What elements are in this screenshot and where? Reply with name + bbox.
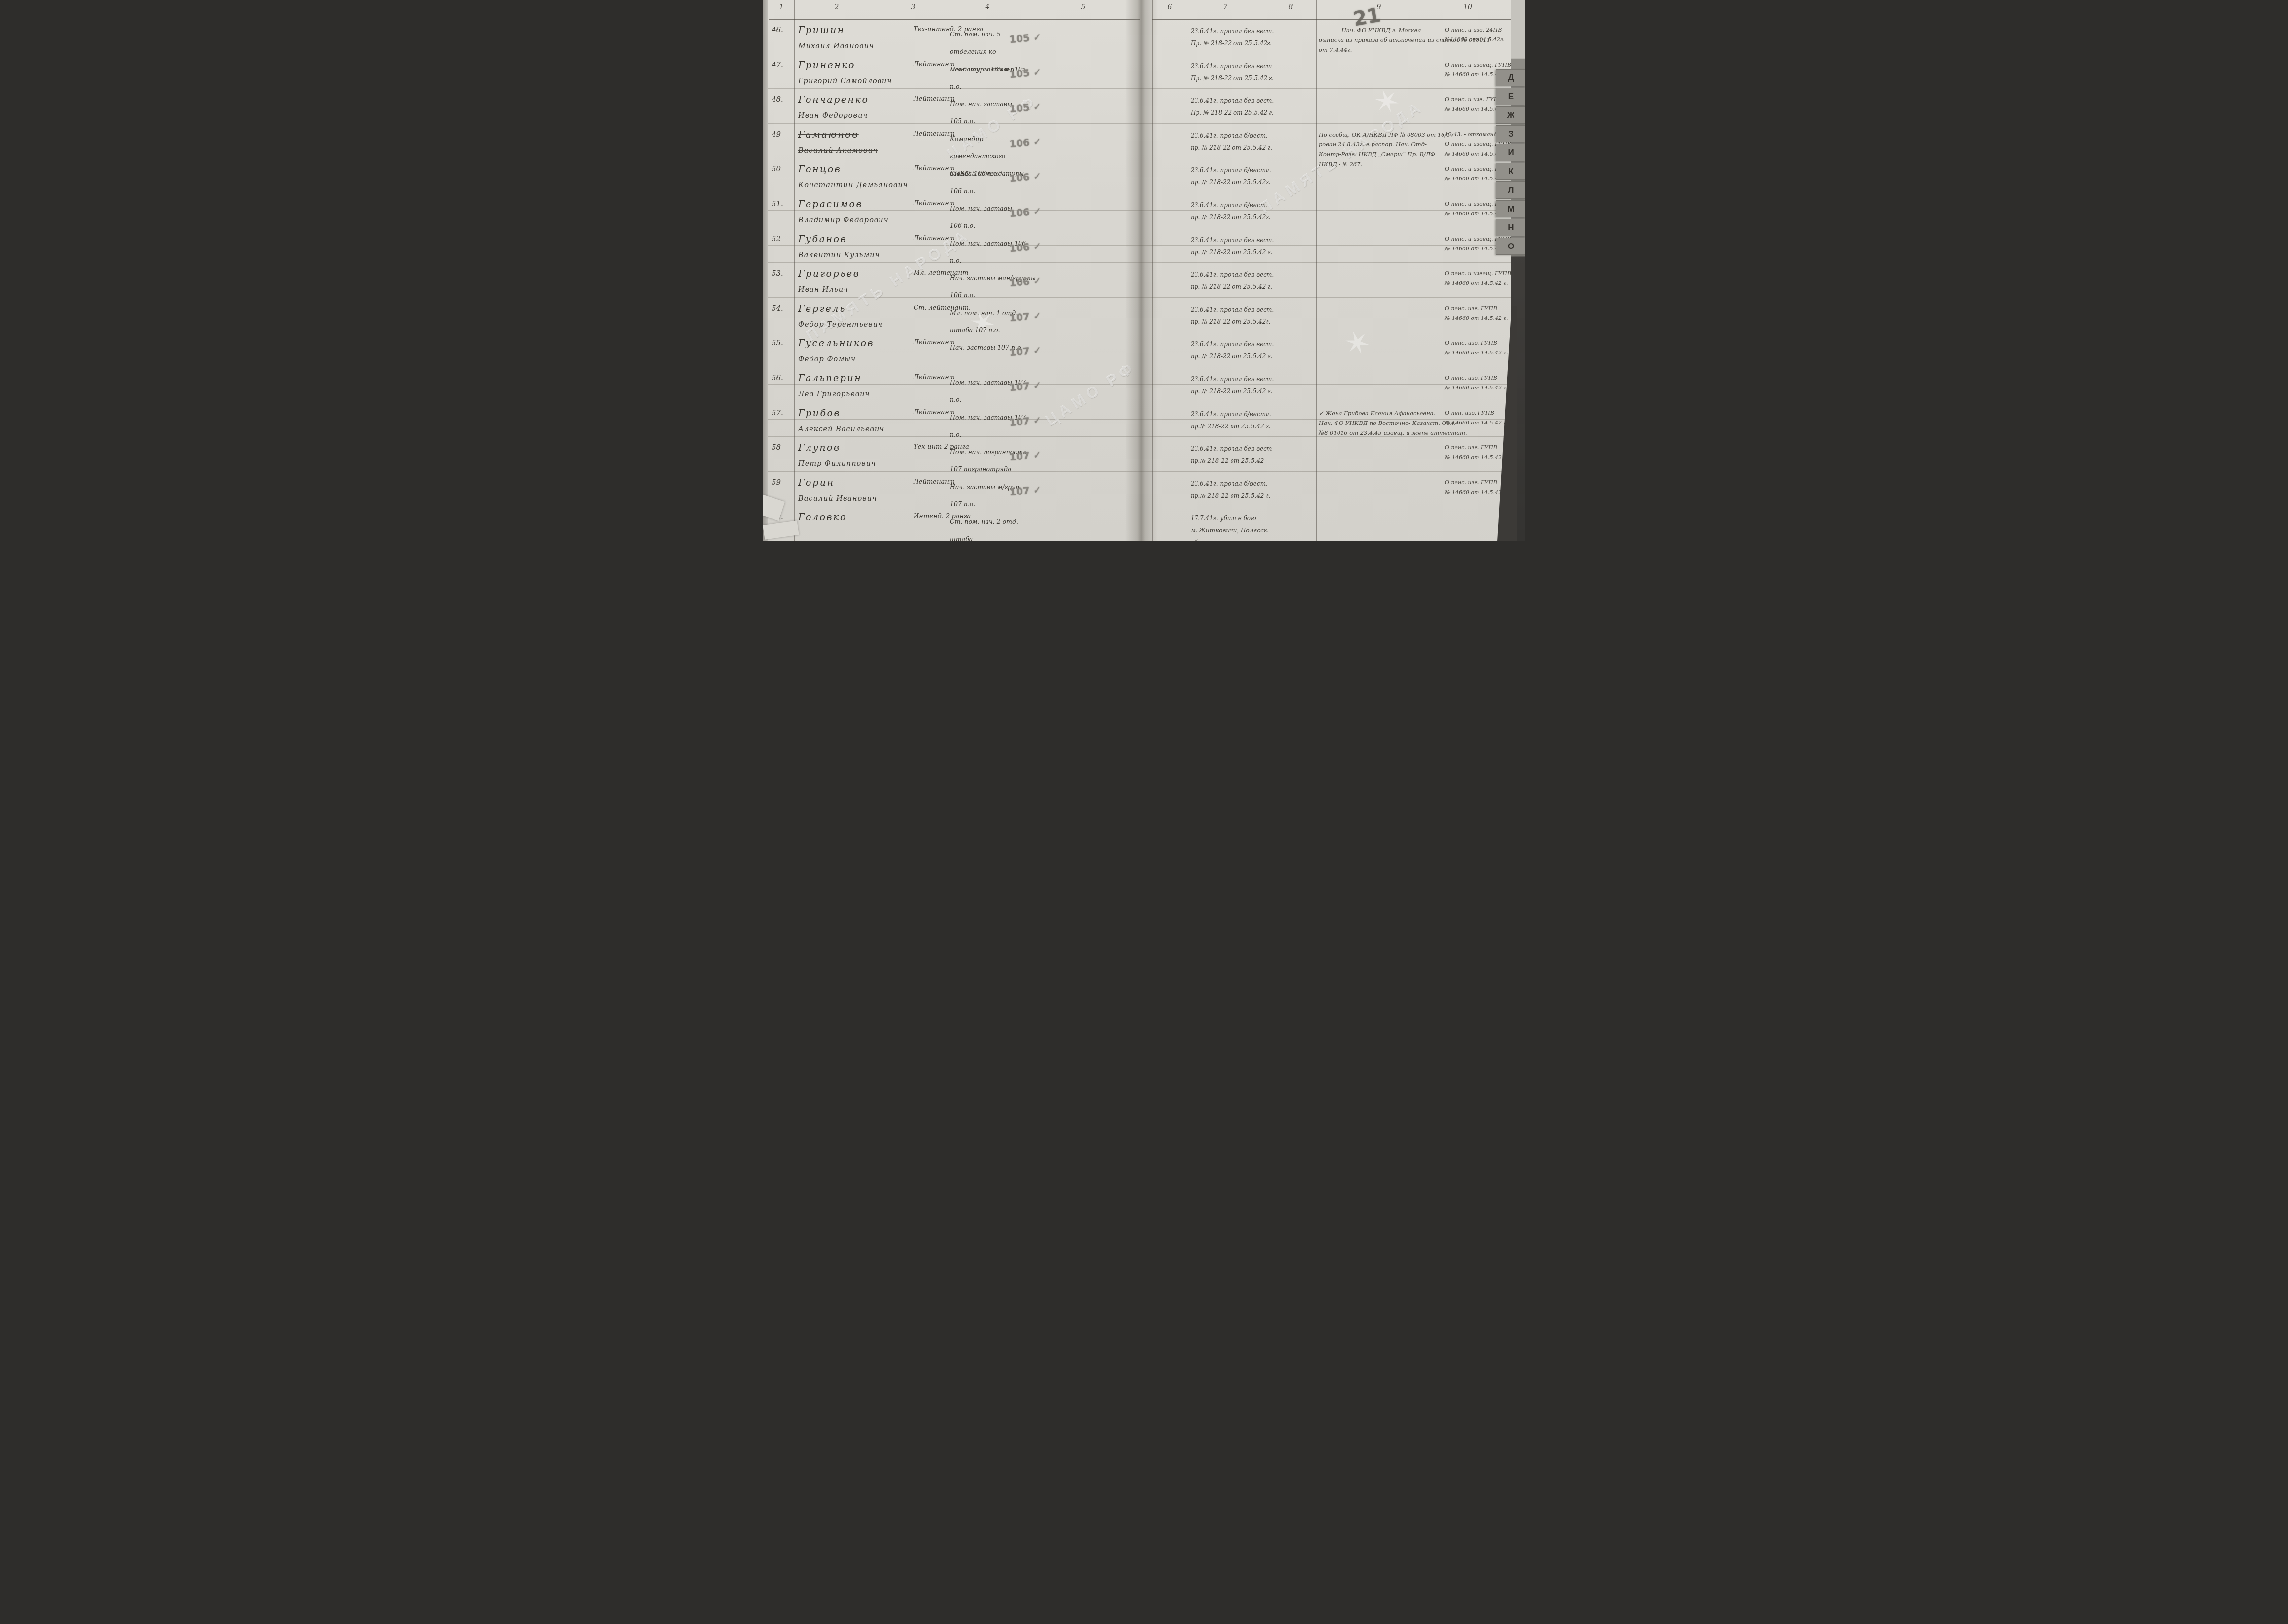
patronymic-cell: Лев Григорьевич [798,390,870,398]
surname-cell: Гергель [798,303,846,314]
casualty-cell: 23.6.41г. пропал без вест. пр. № 218-22 … [1191,338,1320,363]
casualty-cell: 23.6.41г. пропал б/вести. пр. № 218-22 о… [1191,164,1320,189]
alpha-tab: Л [1496,181,1525,199]
column-number: 1 [779,3,784,11]
casualty-cell: 23.6.41г. пропал без вест. пр. № 218-22 … [1191,234,1320,259]
casualty-cell: 17.7.41г. убит в бою м. Житковичи, Полес… [1191,512,1320,541]
column-number: 5 [1081,3,1086,11]
surname-cell: Грибов [798,408,841,419]
row-number: 51. [772,199,794,208]
row-number: 58 [772,443,794,452]
alpha-tab: И [1496,144,1525,161]
column-number: 2 [835,3,839,11]
row-number: 50 [772,164,794,173]
patronymic-cell: Валентин Кузьмич [798,251,880,259]
surname-cell: Головко [798,512,847,523]
column-number: 6 [1168,3,1172,11]
row-number: 54. [772,304,794,313]
alpha-tab: К [1496,163,1525,180]
ledger-scan: ПАМЯТЬ НАРОДА ЦАМО РФ ПАМЯТЬ НАРОДА ЦАМО… [763,0,1525,541]
row-number: 59 [772,478,794,487]
column-number: 7 [1223,3,1228,11]
surname-cell: Герасимов [798,199,863,210]
casualty-cell: 23.6.41г. пропал без вест. Пр. № 218-22 … [1191,95,1320,119]
position-cell: Ст. пом. нач. 2 отд. штаба 18 П.О. (См. … [950,513,1038,541]
patronymic-cell: Иван Федорович [798,112,868,120]
column-number: 4 [986,3,990,11]
row-number: 48. [772,95,794,104]
surname-cell: Гончаренко [798,94,869,105]
alpha-tab: Д [1496,69,1525,86]
patronymic-cell: Василий Иванович [798,495,877,503]
casualty-cell: 23.6.41г. пропал без вест. пр. № 218-22 … [1191,304,1320,328]
casualty-cell: 23.6.41г. пропал б/вест. пр. № 218-22 от… [1191,199,1320,224]
alpha-tab: Ж [1496,106,1525,124]
patronymic-cell: Владимир Федорович [798,216,889,224]
row-number: 53. [772,269,794,278]
surname-cell: Глупов [798,442,840,453]
alpha-tab: Е [1496,88,1525,105]
row-number: 56. [772,373,794,382]
casualty-cell: 23.6.41г. пропал б/вест. пр.№ 218-22 от … [1191,478,1320,502]
column-number: 8 [1289,3,1293,11]
surname-cell: Гамаюнов [798,129,859,140]
patronymic-cell: Григорий Самойлович [798,77,892,85]
surname-cell: Гонцов [798,164,841,175]
casualty-cell: 23.6.41г. пропал без вест Пр. № 218-22 о… [1191,60,1320,85]
patronymic-cell: Петр Филиппович [798,460,876,468]
patronymic-cell: Иван Ильич [798,286,848,294]
alpha-tab: М [1496,200,1525,217]
row-number: 55. [772,338,794,347]
scan-left-edge [763,0,768,541]
row-number: 46. [772,25,794,34]
surname-cell: Гальперин [798,373,862,384]
column-number: 3 [911,3,915,11]
column-number: 10 [1463,3,1472,11]
patronymic-cell: Константин Демьянович [798,181,908,189]
book-gutter [1125,0,1158,541]
alpha-tab: Н [1496,219,1525,236]
casualty-cell: 23.6.41г. пропал б/вести. пр.№ 218-22 от… [1191,408,1320,433]
patronymic-cell: Михаил Иванович [798,42,874,50]
surname-cell: Григорьев [798,268,860,279]
casualty-cell: 23.6.41г. пропал без вест пр.№ 218-22 от… [1191,443,1320,467]
patronymic-cell: Василий Акимович [798,147,878,155]
row-number: 57. [772,408,794,417]
surname-cell: Гриненко [798,60,855,71]
surname-cell: Гусельников [798,338,874,349]
patronymic-cell: Алексей Васильевич [798,425,884,433]
surname-cell: Горин [798,477,834,488]
surname-cell: Губанов [798,234,847,245]
casualty-cell: 23.6.41г. пропал без вест. пр. № 218-22 … [1191,373,1320,398]
casualty-cell: 23.6.41г. пропал б/вест. пр. № 218-22 от… [1191,130,1320,154]
casualty-cell: 23.6.41г. пропал без вест. Пр. № 218-22 … [1191,25,1320,50]
alpha-tab: З [1496,125,1525,142]
row-number: 49 [772,130,794,139]
row-number: 47. [772,60,794,69]
casualty-cell: 23.6.41г. пропал без вест. пр. № 218-22 … [1191,269,1320,293]
surname-cell: Гришин [798,25,845,35]
patronymic-cell: Федор Терентьевич [798,321,883,329]
alpha-tab: О [1496,238,1525,255]
row-number: 52 [772,234,794,243]
patronymic-cell: Федор Фомыч [798,355,856,363]
